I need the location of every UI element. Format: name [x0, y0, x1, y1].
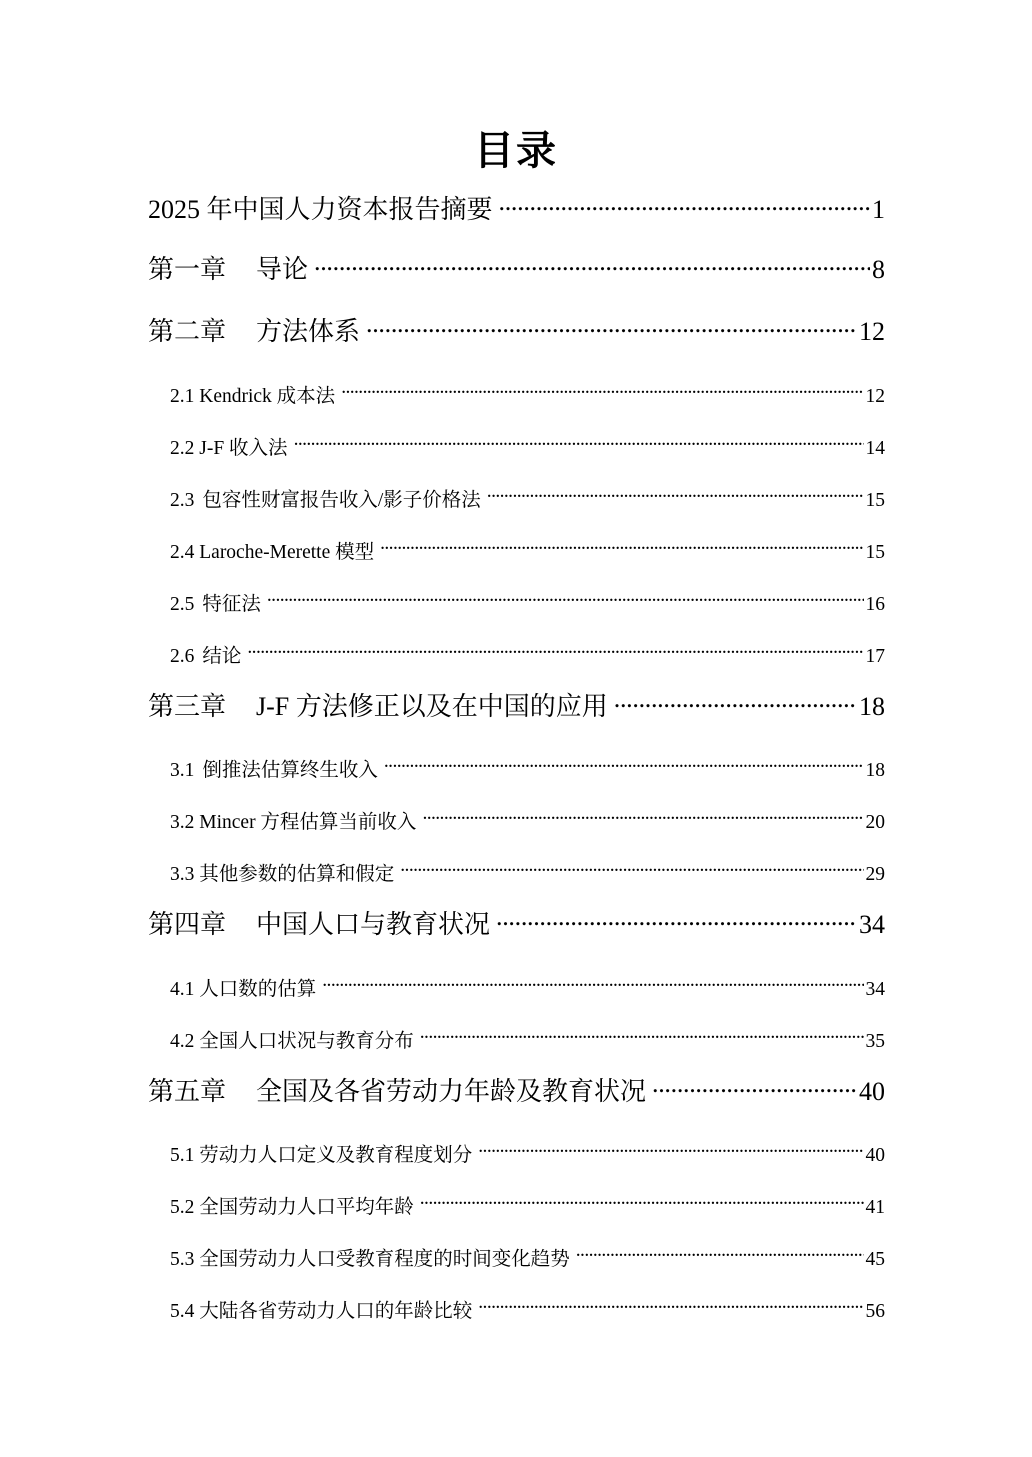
toc-entry-section-2-1[interactable]: 2.1 Kendrick 成本法 12 — [170, 382, 885, 411]
toc-page-number: 56 — [866, 1298, 886, 1326]
toc-page-number: 15 — [866, 539, 886, 567]
toc-label: 5.3 全国劳动力人口受教育程度的时间变化趋势 — [170, 1246, 570, 1274]
toc-page-number: 45 — [866, 1246, 886, 1274]
chapter-number: 第三章 — [148, 692, 226, 721]
section-number: 5.2 — [170, 1197, 194, 1218]
section-title: J-F 收入法 — [199, 438, 287, 459]
toc-label: 第二章方法体系 — [148, 315, 360, 349]
dot-leader — [576, 1245, 864, 1265]
toc-label: 2025 年中国人力资本报告摘要 — [148, 193, 493, 227]
toc-entry-section-2-4[interactable]: 2.4 Laroche-Merette 模型 15 — [170, 538, 885, 567]
dot-leader — [380, 538, 863, 558]
toc-entry-section-4-1[interactable]: 4.1 人口数的估算 34 — [170, 975, 885, 1004]
dot-leader — [487, 486, 864, 506]
dot-leader — [366, 314, 857, 340]
toc-label: 4.1 人口数的估算 — [170, 976, 316, 1004]
toc-label: 5.4 大陆各省劳动力人口的年龄比较 — [170, 1298, 472, 1326]
toc-entry-chapter-3[interactable]: 第三章J-F 方法修正以及在中国的应用 18 — [148, 689, 885, 724]
toc-page-number: 1 — [872, 193, 885, 227]
toc-label: 2.5特征法 — [170, 591, 261, 619]
toc-entry-section-4-2[interactable]: 4.2 全国人口状况与教育分布 35 — [170, 1027, 885, 1056]
section-number: 2.4 — [170, 542, 194, 563]
section-number: 3.2 — [170, 812, 194, 833]
toc-label: 5.2 全国劳动力人口平均年龄 — [170, 1194, 414, 1222]
toc-label: 2.6结论 — [170, 643, 241, 671]
dot-leader — [400, 860, 863, 880]
toc-entry-section-5-2[interactable]: 5.2 全国劳动力人口平均年龄 41 — [170, 1193, 885, 1222]
toc-page-number: 34 — [859, 908, 885, 942]
dot-leader — [478, 1297, 863, 1317]
dot-leader — [314, 252, 870, 278]
dot-leader — [614, 689, 857, 715]
toc-page-number: 35 — [866, 1028, 886, 1056]
section-title: 结论 — [202, 646, 241, 667]
dot-leader — [294, 434, 864, 454]
toc-entry-summary[interactable]: 2025 年中国人力资本报告摘要 1 — [148, 192, 885, 227]
toc-entry-section-2-2[interactable]: 2.2 J-F 收入法 14 — [170, 434, 885, 463]
section-number: 4.2 — [170, 1031, 194, 1052]
section-title: 其他参数的估算和假定 — [199, 864, 394, 885]
section-number: 3.3 — [170, 864, 194, 885]
section-number: 2.1 — [170, 386, 194, 407]
section-title: 全国劳动力人口平均年龄 — [199, 1197, 414, 1218]
chapter-number: 第一章 — [148, 255, 226, 284]
dot-leader — [478, 1141, 863, 1161]
chapter-title: 方法体系 — [256, 317, 360, 346]
section-title: Kendrick 成本法 — [199, 386, 335, 407]
section-number: 5.4 — [170, 1301, 194, 1322]
toc-entry-section-2-5[interactable]: 2.5特征法 16 — [170, 590, 885, 619]
toc-entry-section-3-1[interactable]: 3.1倒推法估算终生收入 18 — [170, 756, 885, 785]
dot-leader — [422, 808, 863, 828]
toc-label: 2.4 Laroche-Merette 模型 — [170, 539, 374, 567]
toc-label: 第三章J-F 方法修正以及在中国的应用 — [148, 690, 608, 724]
section-title: Laroche-Merette 模型 — [199, 542, 374, 563]
toc-page-number: 16 — [866, 591, 886, 619]
section-title: 人口数的估算 — [199, 979, 316, 1000]
toc-page-number: 17 — [866, 643, 886, 671]
toc-entry-section-2-3[interactable]: 2.3包容性财富报告收入/影子价格法 15 — [170, 486, 885, 515]
toc-label: 2.2 J-F 收入法 — [170, 435, 288, 463]
dot-leader — [652, 1074, 857, 1100]
toc-entry-section-3-3[interactable]: 3.3 其他参数的估算和假定 29 — [170, 860, 885, 889]
chapter-number: 第四章 — [148, 910, 226, 939]
toc-entry-chapter-2[interactable]: 第二章方法体系 12 — [148, 314, 885, 349]
dot-leader — [420, 1193, 864, 1213]
dot-leader — [341, 382, 863, 402]
toc-entry-section-3-2[interactable]: 3.2 Mincer 方程估算当前收入 20 — [170, 808, 885, 837]
toc-entry-chapter-4[interactable]: 第四章中国人口与教育状况 34 — [148, 907, 885, 942]
chapter-title: 导论 — [256, 255, 308, 284]
chapter-number: 第二章 — [148, 317, 226, 346]
dot-leader — [267, 590, 864, 610]
toc-label: 4.2 全国人口状况与教育分布 — [170, 1028, 414, 1056]
toc-entry-section-5-3[interactable]: 5.3 全国劳动力人口受教育程度的时间变化趋势 45 — [170, 1245, 885, 1274]
toc-page-number: 8 — [872, 253, 885, 287]
chapter-number: 第五章 — [148, 1077, 226, 1106]
toc-label: 3.1倒推法估算终生收入 — [170, 757, 378, 785]
section-number: 2.5 — [170, 594, 194, 615]
chapter-title: 全国及各省劳动力年龄及教育状况 — [256, 1077, 646, 1106]
toc-page-number: 40 — [859, 1075, 885, 1109]
toc-page-number: 34 — [866, 976, 886, 1004]
section-number: 2.3 — [170, 490, 194, 511]
toc-label: 2.3包容性财富报告收入/影子价格法 — [170, 487, 481, 515]
section-title: 包容性财富报告收入/影子价格法 — [202, 490, 480, 511]
section-number: 3.1 — [170, 760, 194, 781]
toc-page-number: 15 — [866, 487, 886, 515]
dot-leader — [384, 756, 864, 776]
section-title: 全国人口状况与教育分布 — [199, 1031, 414, 1052]
section-number: 5.1 — [170, 1145, 194, 1166]
dot-leader — [247, 642, 863, 662]
section-title: 倒推法估算终生收入 — [202, 760, 378, 781]
toc-page-number: 40 — [866, 1142, 886, 1170]
dot-leader — [420, 1027, 864, 1047]
section-title: 特征法 — [202, 594, 261, 615]
chapter-title: 中国人口与教育状况 — [256, 910, 490, 939]
toc-page-number: 20 — [866, 809, 886, 837]
toc-page-number: 18 — [859, 690, 885, 724]
toc-page-number: 12 — [859, 315, 885, 349]
section-number: 5.3 — [170, 1249, 194, 1270]
section-number: 2.2 — [170, 438, 194, 459]
section-title: 劳动力人口定义及教育程度划分 — [199, 1145, 472, 1166]
toc-label: 2.1 Kendrick 成本法 — [170, 383, 335, 411]
toc-label: 第五章全国及各省劳动力年龄及教育状况 — [148, 1075, 646, 1109]
page-title: 目录 — [0, 124, 1032, 178]
toc-page-number: 18 — [866, 757, 886, 785]
toc-entry-chapter-5[interactable]: 第五章全国及各省劳动力年龄及教育状况 40 — [148, 1074, 885, 1109]
toc-page-number: 14 — [866, 435, 886, 463]
toc-page-number: 12 — [866, 383, 886, 411]
section-title: Mincer 方程估算当前收入 — [199, 812, 416, 833]
section-title: 全国劳动力人口受教育程度的时间变化趋势 — [199, 1249, 570, 1270]
toc-label: 5.1 劳动力人口定义及教育程度划分 — [170, 1142, 472, 1170]
toc-entry-chapter-1[interactable]: 第一章导论 8 — [148, 252, 885, 287]
toc-page-number: 41 — [866, 1194, 886, 1222]
dot-leader — [499, 192, 870, 218]
dot-leader — [496, 907, 857, 933]
dot-leader — [322, 975, 863, 995]
toc-label: 3.3 其他参数的估算和假定 — [170, 861, 394, 889]
toc-entry-section-5-1[interactable]: 5.1 劳动力人口定义及教育程度划分 40 — [170, 1141, 885, 1170]
toc-page-number: 29 — [866, 861, 886, 889]
section-number: 2.6 — [170, 646, 194, 667]
toc-entry-section-5-4[interactable]: 5.4 大陆各省劳动力人口的年龄比较 56 — [170, 1297, 885, 1326]
section-title: 大陆各省劳动力人口的年龄比较 — [199, 1301, 472, 1322]
toc-label: 第一章导论 — [148, 253, 308, 287]
toc-entry-section-2-6[interactable]: 2.6结论 17 — [170, 642, 885, 671]
section-number: 4.1 — [170, 979, 194, 1000]
chapter-title: J-F 方法修正以及在中国的应用 — [256, 692, 608, 721]
toc-label: 第四章中国人口与教育状况 — [148, 908, 490, 942]
toc-label: 3.2 Mincer 方程估算当前收入 — [170, 809, 416, 837]
